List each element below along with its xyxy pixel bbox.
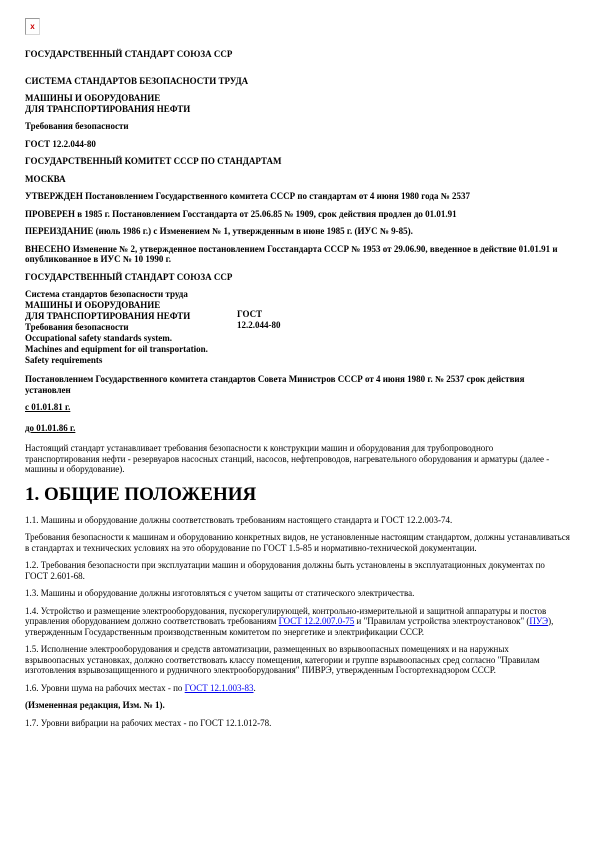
validity-decree-line: Постановлением Государственного комитета…	[25, 374, 570, 395]
validity-from-date: с 01.01.81 г.	[25, 402, 570, 413]
title-block-left: Система стандартов безопасности труда МА…	[25, 289, 237, 366]
link-pue[interactable]: ПУЭ	[529, 616, 548, 626]
standard-title-line2: ДЛЯ ТРАНСПОРТИРОВАНИЯ НЕФТИ	[25, 104, 190, 114]
standard-code: ГОСТ 12.2.044-80	[25, 139, 570, 150]
standard-org-line: ГОСУДАРСТВЕННЫЙ СТАНДАРТ СОЮЗА ССР	[25, 49, 570, 60]
paragraph-1-1: 1.1. Машины и оборудование должны соотве…	[25, 515, 570, 526]
paragraph-1-6-text2: .	[254, 683, 256, 693]
title-block-line-english2: Machines and equipment for oil transport…	[25, 344, 237, 355]
committee-line: ГОСУДАРСТВЕННЫЙ КОМИТЕТ СССР ПО СТАНДАРТ…	[25, 156, 570, 167]
standard-subtitle: Требования безопасности	[25, 121, 570, 132]
reissue-line: ПЕРЕИЗДАНИЕ (июль 1986 г.) с Изменением …	[25, 226, 570, 237]
amendment-line: ВНЕСЕНО Изменение № 2, утвержденное пост…	[25, 244, 570, 265]
scope-paragraph: Настоящий стандарт устанавливает требова…	[25, 443, 570, 475]
title-block-line-title1: МАШИНЫ И ОБОРУДОВАНИЕ	[25, 300, 237, 311]
title-block-line-subtitle: Требования безопасности	[25, 322, 237, 333]
standard-title-line1: МАШИНЫ И ОБОРУДОВАНИЕ	[25, 93, 160, 103]
validity-to-date: до 01.01.86 г.	[25, 423, 570, 434]
paragraph-1-2: 1.2. Требования безопасности при эксплуа…	[25, 560, 570, 581]
paragraph-1-6-note: (Измененная редакция, Изм. № 1).	[25, 700, 570, 711]
paragraph-1-6: 1.6. Уровни шума на рабочих местах - по …	[25, 683, 570, 694]
title-block-code: ГОСТ 12.2.044-80	[237, 289, 281, 366]
standard-title: МАШИНЫ И ОБОРУДОВАНИЕ ДЛЯ ТРАНСПОРТИРОВА…	[25, 93, 570, 114]
standards-system-line: СИСТЕМА СТАНДАРТОВ БЕЗОПАСНОСТИ ТРУДА	[25, 76, 570, 87]
title-block-code-line1: ГОСТ	[237, 309, 281, 320]
paragraph-1-3: 1.3. Машины и оборудование должны изгото…	[25, 588, 570, 599]
title-block-line-english1: Occupational safety standards system.	[25, 333, 237, 344]
city-line: МОСКВА	[25, 174, 570, 185]
broken-image-icon: x	[25, 18, 40, 35]
paragraph-1-4-text2: и "Правилам устройства электроустановок"…	[354, 616, 529, 626]
paragraph-1-6-text1: 1.6. Уровни шума на рабочих местах - по	[25, 683, 185, 693]
approved-line: УТВЕРЖДЕН Постановлением Государственног…	[25, 191, 570, 202]
title-block-line-title2: ДЛЯ ТРАНСПОРТИРОВАНИЯ НЕФТИ	[25, 311, 237, 322]
broken-image-x-glyph: x	[30, 23, 34, 31]
checked-line: ПРОВЕРЕН в 1985 г. Постановлением Госста…	[25, 209, 570, 220]
paragraph-1-5: 1.5. Исполнение электрооборудования и ср…	[25, 644, 570, 676]
standard-org-repeat-line: ГОСУДАРСТВЕННЫЙ СТАНДАРТ СОЮЗА ССР	[25, 272, 570, 283]
section-1-heading: 1. ОБЩИЕ ПОЛОЖЕНИЯ	[25, 484, 570, 505]
title-block-line-system: Система стандартов безопасности труда	[25, 289, 237, 300]
title-block-code-line2: 12.2.044-80	[237, 320, 281, 331]
document-page: x ГОСУДАРСТВЕННЫЙ СТАНДАРТ СОЮЗА ССР СИС…	[0, 0, 595, 842]
standard-title-block: Система стандартов безопасности труда МА…	[25, 289, 570, 366]
link-gost-12-2-007-0-75[interactable]: ГОСТ 12.2.007.0-75	[279, 616, 355, 626]
paragraph-1-7: 1.7. Уровни вибрации на рабочих местах -…	[25, 718, 570, 729]
paragraph-1-4: 1.4. Устройство и размещение электрообор…	[25, 606, 570, 638]
paragraph-1-1b: Требования безопасности к машинам и обор…	[25, 532, 570, 553]
title-block-line-english3: Safety requirements	[25, 355, 237, 366]
link-gost-12-1-003-83[interactable]: ГОСТ 12.1.003-83	[185, 683, 254, 693]
